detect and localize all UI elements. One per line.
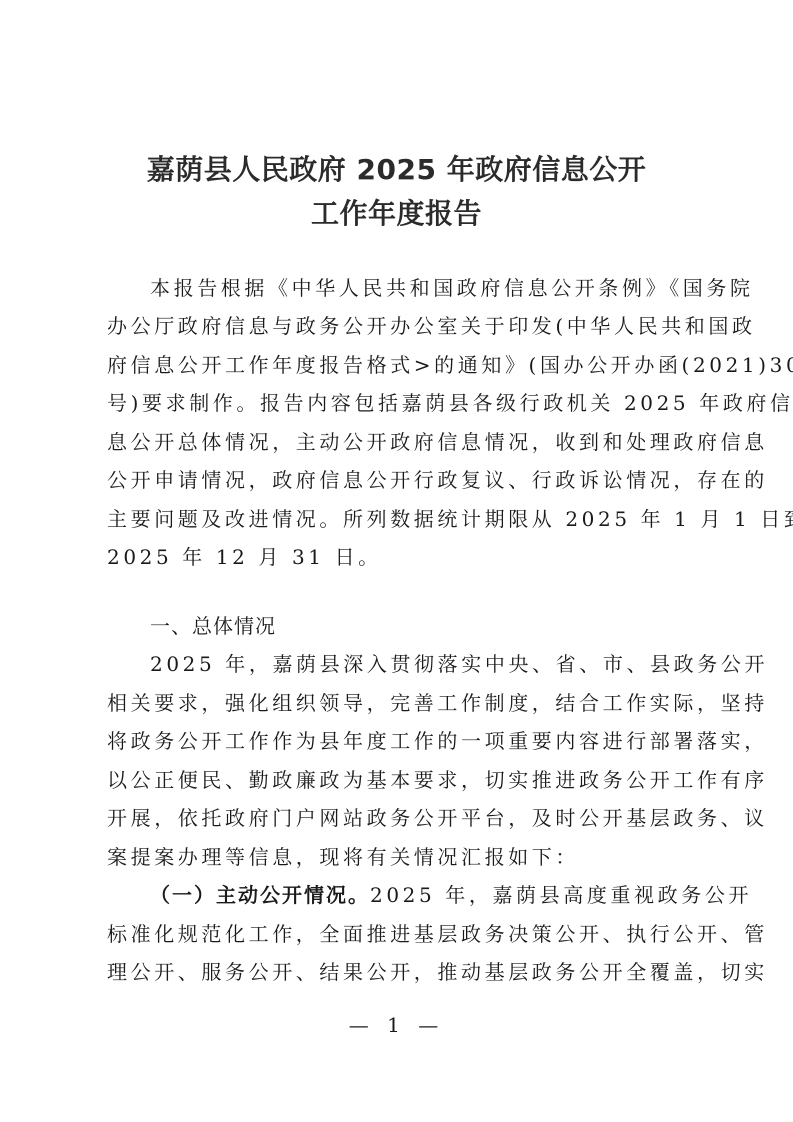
- paragraph-line: 息公开总体情况，主动公开政府信息情况，收到和处理政府信息: [107, 427, 692, 457]
- document-title-line-2: 工作年度报告: [0, 196, 793, 232]
- paragraph-line: 办公厅政府信息与政务公开办公室关于印发(中华人民共和国政: [107, 311, 692, 341]
- document-title-line-1: 嘉荫县人民政府 2025 年政府信息公开: [0, 152, 793, 188]
- section-heading-overview: 一、总体情况: [150, 611, 276, 641]
- paragraph-line: 开展，依托政府门户网站政务公开平台，及时公开基层政务、议: [107, 803, 692, 833]
- paragraph-line: 府信息公开工作年度报告格式>的通知》(国办公开办函(2021)30: [107, 350, 692, 380]
- subsection-heading-proactive-disclosure: （一）主动公开情况。: [150, 883, 370, 907]
- paragraph-line: 本报告根据《中华人民共和国政府信息公开条例》《国务院: [150, 273, 692, 303]
- paragraph-line: 公开申请情况，政府信息公开行政复议、行政诉讼情况，存在的: [107, 465, 692, 495]
- paragraph-line: 号)要求制作。报告内容包括嘉荫县各级行政机关 2025 年政府信: [107, 388, 692, 418]
- document-page: 嘉荫县人民政府 2025 年政府信息公开 工作年度报告 本报告根据《中华人民共和…: [0, 0, 793, 1122]
- page-number: — 1 —: [0, 1013, 793, 1037]
- paragraph-line: 以公正便民、勤政廉政为基本要求，切实推进政务公开工作有序: [107, 765, 692, 795]
- paragraph-text: 2025 年，嘉荫县高度重视政务公开: [370, 883, 752, 907]
- paragraph-line: 将政务公开工作作为县年度工作的一项重要内容进行部署落实，: [107, 726, 692, 756]
- paragraph-line: 案提案办理等信息，现将有关情况汇报如下：: [107, 842, 692, 872]
- paragraph-line: 标准化规范化工作，全面推进基层政务决策公开、执行公开、管: [107, 919, 692, 949]
- paragraph-line: 主要问题及改进情况。所列数据统计期限从 2025 年 1 月 1 日到: [107, 504, 692, 534]
- paragraph-line: 相关要求，强化组织领导，完善工作制度，结合工作实际，坚持: [107, 688, 692, 718]
- paragraph-line: （一）主动公开情况。2025 年，嘉荫县高度重视政务公开: [150, 880, 692, 910]
- paragraph-line: 理公开、服务公开、结果公开，推动基层政务公开全覆盖，切实: [107, 957, 692, 987]
- paragraph-line: 2025 年，嘉荫县深入贯彻落实中央、省、市、县政务公开: [150, 649, 692, 679]
- paragraph-line: 2025 年 12 月 31 日。: [107, 542, 692, 572]
